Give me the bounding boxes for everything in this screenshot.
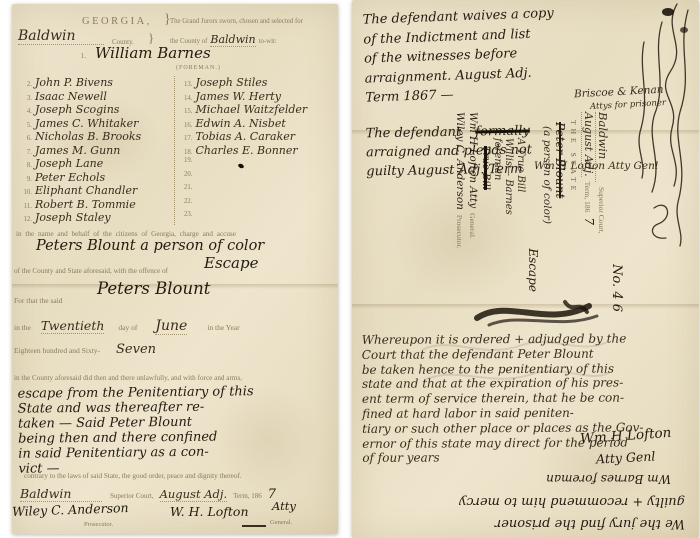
juror-row: 2. John P. Bivens [16,76,174,90]
juror-list: 2. John P. Bivens 3. Isaac Newell 4. Jos… [16,76,334,225]
juror-row: 11. Robert B. Tommie [16,198,174,212]
juror-name: Edwin A. Nisbet [196,117,286,130]
juror-row: 21. [177,184,335,198]
docket-defendant-descriptor: (a person of color) [540,126,553,318]
juror-row: 18. Charles E. Bonner [177,144,335,158]
docket-solicitor-line: Wm H Lofton Atty General. [467,112,480,318]
in-the-label: in the [14,323,31,332]
juror-number: 5. [16,122,35,129]
offence-label: of the County and State aforesaid, with … [14,267,168,275]
foreman-name-handwritten: William Barnes [95,44,211,62]
juror-column-right: 13. Joseph Stiles 14. James W. Herty 15.… [174,76,335,225]
docket-panel: No. 4 6 Baldwin Superior Court, August A… [438,112,624,318]
juror-name: Joseph Staley [35,211,111,224]
term-year-handwritten: 7 [582,217,595,225]
juror-number: 7. [16,149,35,156]
juror-number: 10. [16,189,35,196]
document-scan: GEORGIA, } Baldwin County. } The Grand J… [0,0,700,538]
term-label: Term, 186 [233,492,262,500]
docket-state-label: THE STATE [569,120,578,318]
juror-number: 2. [16,81,35,88]
solicitor-signature: W. H. Lofton [170,504,249,519]
ink-smear-svg [467,292,607,334]
juror-name: John P. Bivens [35,76,113,89]
accused-name-handwritten: Peters Blount a person of color [36,238,336,254]
true-bill-line: foreman [492,138,504,318]
prosecutor-signature: Wiley C. Anderson [12,500,129,519]
juror-name: Nicholas B. Brooks [35,130,141,143]
day-handwritten: Twentieth [41,318,105,334]
juror-row: 5. James C. Whitaker [16,117,174,131]
verdict-line: guilty + recommend him to mercy [380,490,685,512]
unlawful-line: in the County aforesaid did then and the… [14,374,242,382]
juror-number: 17. [177,135,196,142]
contrary-line: contrary to the laws of said State, the … [24,472,242,480]
county-handwritten: Baldwin [595,112,609,182]
juror-number: 6. [16,135,35,142]
juror-row: 6. Nicholas B. Brooks [16,130,174,144]
juror-number: 19. [177,157,196,164]
prosecutor-label: Prosecutor. [454,215,467,249]
accusation-line: in the name and behalf of the citizens o… [16,230,236,238]
term-label: Term, 186 [581,182,594,213]
juror-number: 21. [177,184,196,191]
juror-name: Robert B. Tommie [35,198,136,211]
juror-number: 9. [16,176,35,183]
general-label: General. [270,519,292,526]
juror-row: 23. [177,211,335,225]
juror-row: 14. James W. Herty [177,90,335,104]
county-handwritten: Baldwin [210,33,255,47]
juror-row: 9. Peter Echols [16,171,174,185]
juror-row: 8. Joseph Lane [16,157,174,171]
juror-number: 8. [16,162,35,169]
general-label: General. [467,213,480,239]
juror-number: 23. [177,211,196,218]
juror-number: 13. [177,81,196,88]
juror-row: 20. [177,171,335,185]
indictment-page-left: GEORGIA, } Baldwin County. } The Grand J… [12,4,338,534]
juror-number: 20. [177,171,196,178]
true-bill-line: A True Bill [515,138,527,318]
juror-row: 3. Isaac Newell [16,90,174,104]
juror-row: 16. Edwin A. Nisbet [177,117,335,131]
atty-handwritten: Atty [272,499,296,513]
juror-name: James M. Gunn [35,144,120,157]
prosecutor-signature: Wiley C. Anderson [454,112,467,210]
court-term-line: Baldwin Superior Court, August Adj. Term… [20,486,276,502]
juror-number: 22. [177,198,196,205]
juror-number: 3. [16,95,35,102]
juror-row: 15. Michael Waitzfelder [177,103,335,117]
juror-row: 19. [177,157,335,171]
juror-name: Michael Waitzfelder [196,103,308,116]
superior-court-label: Superior Court, [595,187,608,234]
grand-jurors-line: The Grand Jurors sworn, chosen and selec… [170,18,303,25]
juror-number: 11. [16,203,35,210]
docket-defendant: Peter Blount [553,122,567,318]
charge-handwritten: escape from the Penitentiary of thisStat… [18,383,335,476]
juror-row: 22. [177,198,335,212]
juror-name: Charles E. Bonner [196,144,298,157]
juror-number: 15. [177,108,196,115]
docket-case-number: No. 4 6 [609,112,624,318]
juror-number: 4. [16,108,35,115]
strike-mark [242,525,266,527]
superior-court-label: Superior Court, [110,492,154,500]
year-line: Eighteen hundred and Sixty- Seven [14,342,156,357]
juror-name: James W. Herty [196,90,281,103]
verdict-line: Wm Barnes foreman [380,468,671,490]
juror-name: Joseph Lane [35,157,103,170]
juror-row: 13. Joseph Stiles [177,76,335,90]
to-wit-label: to-wit: [259,38,277,45]
juror-number: 18. [177,149,196,156]
solicitor-signature: Wm H Lofton Atty [467,112,480,208]
prosecutor-label: Prosecutor. [84,521,113,528]
offence-handwritten: Escape [204,254,258,272]
juror-column-left: 2. John P. Bivens 3. Isaac Newell 4. Jos… [16,76,174,225]
month-handwritten: June [155,318,187,335]
juror-row: 7. James M. Gunn [16,144,174,158]
docket-term-line: August Adj. Term, 186 7 [581,112,595,318]
juror-number: 16. [177,122,196,129]
juror-row: 12. Joseph Staley [16,211,174,225]
in-the-year-label: in the Year [207,323,239,332]
juror-name: Eliphant Chandler [35,184,137,197]
true-bill-lines: A True BillWillis— Barnesforeman [492,112,527,318]
juror-row: 17. Tobias A. Caraker [177,130,335,144]
foreman-label: (FOREMAN.) [176,65,221,71]
juror-number: 1. [70,52,89,60]
indictment-page-right: The defendant waives a copyof the Indict… [352,0,699,538]
form-header-state: GEORGIA, [82,16,152,27]
juror-name: Joseph Stiles [196,76,268,89]
juror-number: 12. [16,216,35,223]
year-handwritten: Seven [116,342,156,357]
term-handwritten: August Adj. [160,487,228,502]
county-handwritten: Baldwin [18,28,104,45]
defendant-name-handwritten: Peters Blount [97,279,210,298]
juror-row: 10. Eliphant Chandler [16,184,174,198]
docket-offence: Escape [526,112,540,318]
juror-row: 4. Joseph Scogins [16,103,174,117]
docket-court-line: Baldwin Superior Court, [595,112,609,318]
foreman-row: 1. William Barnes [70,44,211,62]
juror-number: 14. [177,95,196,102]
juror-name: James C. Whitaker [35,117,138,130]
docket-prosecutor-line: Wiley C. Anderson Prosecutor. [454,112,467,318]
juror-name: Isaac Newell [35,90,107,103]
verdict-line: We the jury find the prisoner [380,512,685,534]
for-that-label: For that the said [14,296,63,305]
juror-name: Peter Echols [35,171,105,184]
eighteen-hundred-label: Eighteen hundred and Sixty- [14,346,100,355]
juror-name: Joseph Scogins [35,103,119,116]
bleed-through-scrawl [412,330,612,450]
juror-name: Tobias A. Caraker [196,130,296,143]
county-handwritten: Baldwin [20,486,102,502]
date-line: in the Twentieth day of June in the Year [14,318,240,335]
true-bill-line: Willis— Barnes [503,138,515,318]
term-handwritten: August Adj. [581,112,595,177]
day-of-label: day of [118,323,137,332]
